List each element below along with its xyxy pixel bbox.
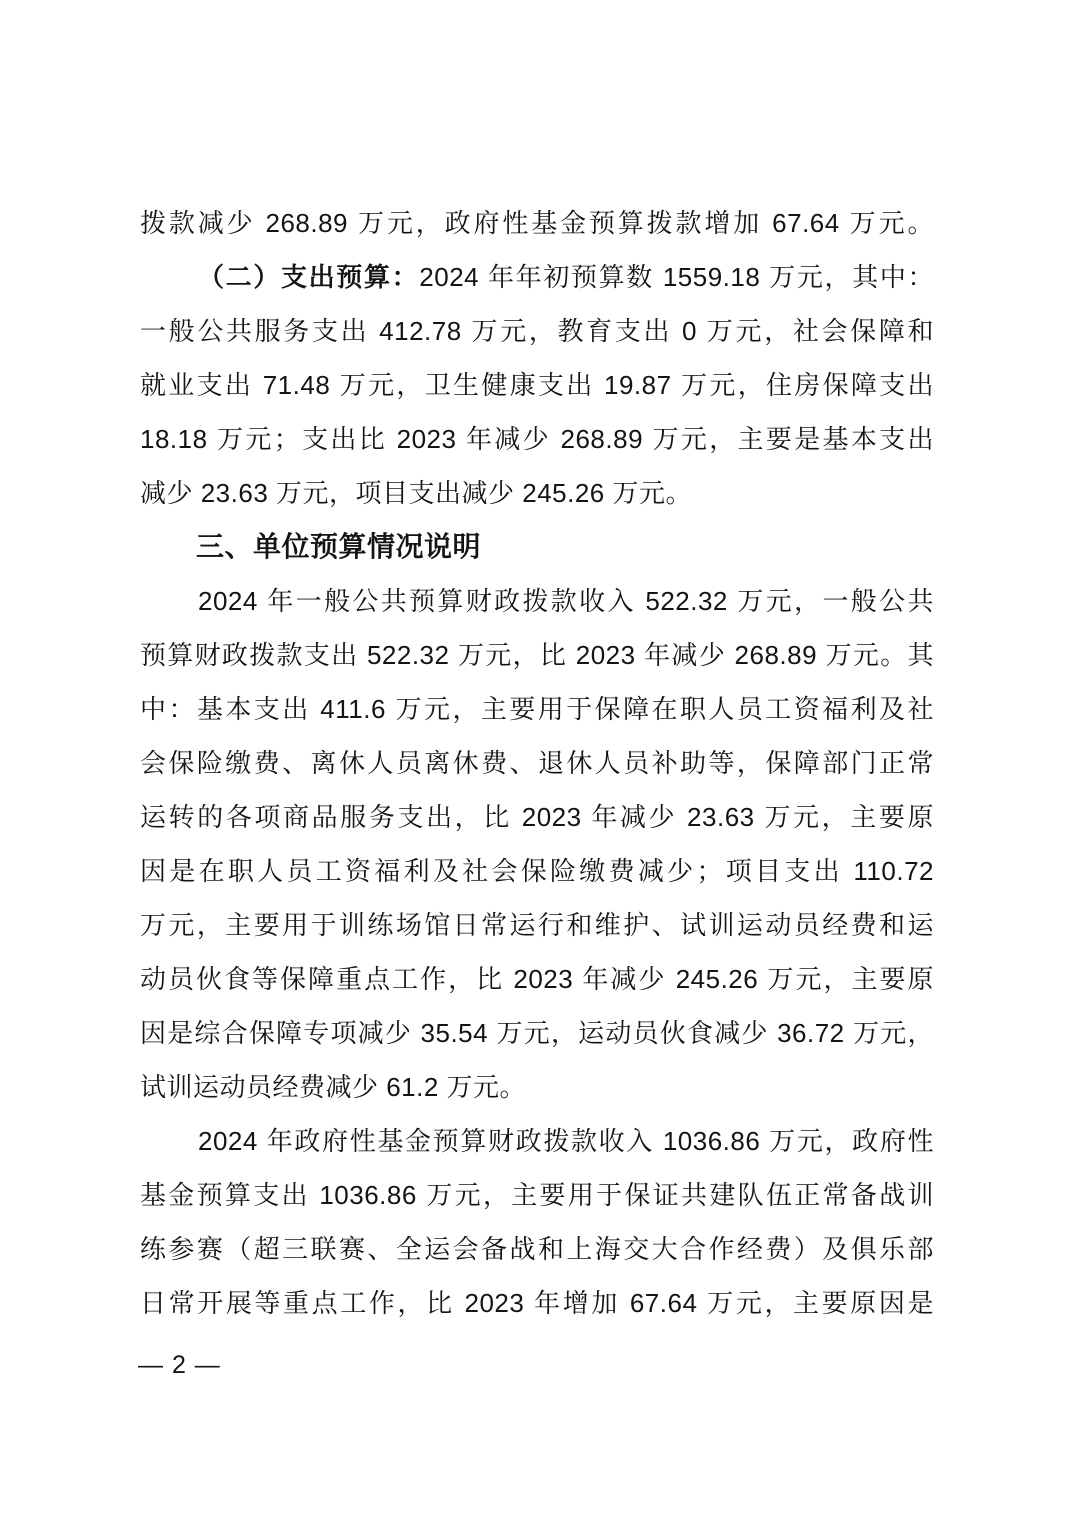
- text-segment: 2024 年年初预算数 1559.18 万元，其中：: [419, 262, 934, 292]
- text-line: 因是在职人员工资福利及社会保险缴费减少；项目支出 110.72: [140, 844, 934, 898]
- text-line: 因是综合保障专项减少 35.54 万元，运动员伙食减少 36.72 万元，: [140, 1006, 934, 1060]
- text-line: 练参赛（超三联赛、全运会备战和上海交大合作经费）及俱乐部: [140, 1222, 934, 1276]
- text-line: （二）支出预算：2024 年年初预算数 1559.18 万元，其中：: [140, 250, 934, 304]
- text-line: 2024 年政府性基金预算财政拨款收入 1036.86 万元，政府性: [140, 1114, 934, 1168]
- text-line: 日常开展等重点工作，比 2023 年增加 67.64 万元，主要原因是: [140, 1276, 934, 1330]
- text-line: 动员伙食等保障重点工作，比 2023 年减少 245.26 万元，主要原: [140, 952, 934, 1006]
- text-line: 中：基本支出 411.6 万元，主要用于保障在职人员工资福利及社: [140, 682, 934, 736]
- text-line: 运转的各项商品服务支出，比 2023 年减少 23.63 万元，主要原: [140, 790, 934, 844]
- document-body: 拨款减少 268.89 万元，政府性基金预算拨款增加 67.64 万元。 （二）…: [140, 196, 934, 1330]
- text-line: 减少 23.63 万元，项目支出减少 245.26 万元。: [140, 466, 934, 520]
- text-line: 2024 年一般公共预算财政拨款收入 522.32 万元，一般公共: [140, 574, 934, 628]
- text-line: 基金预算支出 1036.86 万元，主要用于保证共建队伍正常备战训: [140, 1168, 934, 1222]
- text-line: 拨款减少 268.89 万元，政府性基金预算拨款增加 67.64 万元。: [140, 196, 934, 250]
- page-number: — 2 —: [138, 1345, 221, 1385]
- section-heading: 三、单位预算情况说明: [140, 520, 934, 574]
- page: 拨款减少 268.89 万元，政府性基金预算拨款增加 67.64 万元。 （二）…: [0, 0, 1074, 1520]
- subsection-title: （二）支出预算：: [198, 262, 419, 292]
- text-line: 就业支出 71.48 万元，卫生健康支出 19.87 万元，住房保障支出: [140, 358, 934, 412]
- text-line: 18.18 万元；支出比 2023 年减少 268.89 万元，主要是基本支出: [140, 412, 934, 466]
- text-line: 一般公共服务支出 412.78 万元，教育支出 0 万元，社会保障和: [140, 304, 934, 358]
- text-line: 万元，主要用于训练场馆日常运行和维护、试训运动员经费和运: [140, 898, 934, 952]
- text-line: 试训运动员经费减少 61.2 万元。: [140, 1060, 934, 1114]
- text-line: 会保险缴费、离休人员离休费、退休人员补助等，保障部门正常: [140, 736, 934, 790]
- text-line: 预算财政拨款支出 522.32 万元，比 2023 年减少 268.89 万元。…: [140, 628, 934, 682]
